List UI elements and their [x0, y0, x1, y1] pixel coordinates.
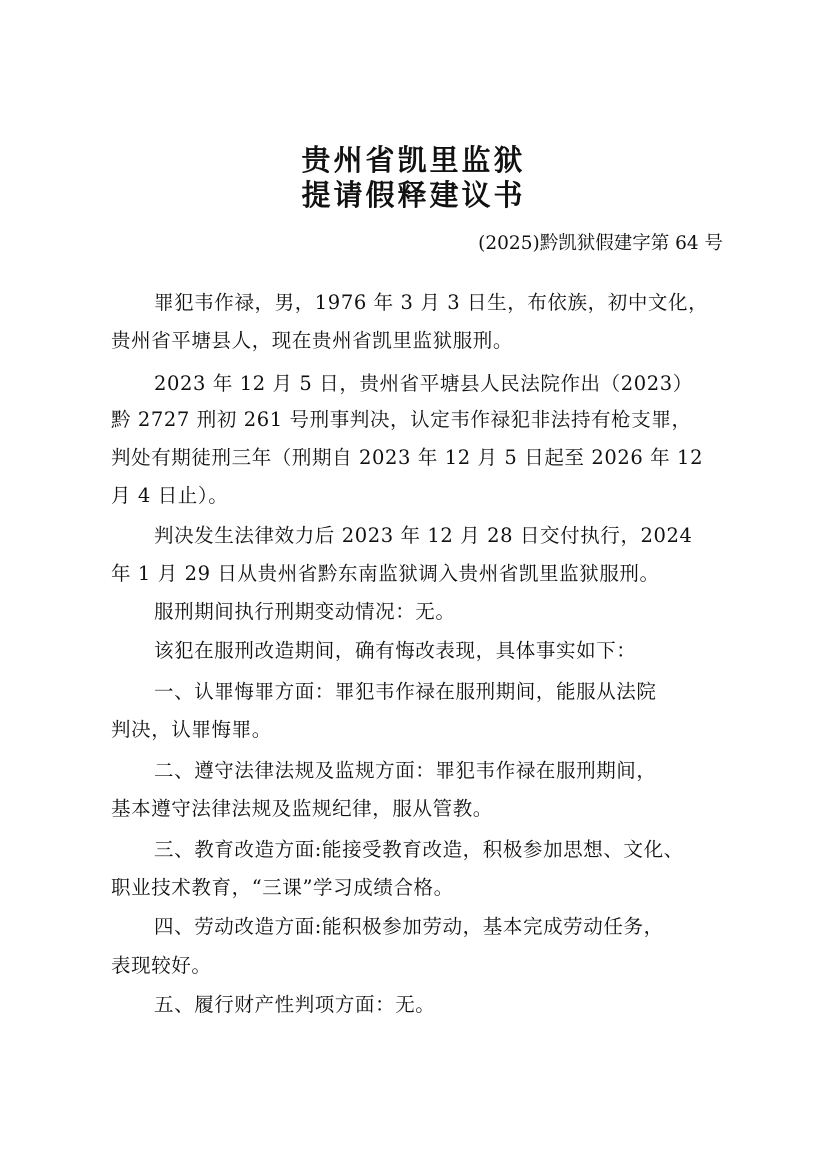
body-line: 表现较好。	[111, 953, 212, 979]
body-line: 年 1 月 29 日从贵州省黔东南监狱调入贵州省凯里监狱服刑。	[111, 561, 660, 587]
body-line: 月 4 日止）。	[111, 483, 228, 509]
body-line: 基本遵守法律法规及监规纪律，服从管教。	[111, 796, 493, 822]
body-line: 五、履行财产性判项方面：无。	[154, 992, 435, 1018]
body-line: 罪犯韦作禄，男，1976 年 3 月 3 日生，布依族，初中文化，	[154, 290, 708, 316]
body-line: 该犯在服刑改造期间，确有悔改表现，具体事实如下：	[154, 638, 636, 664]
body-line: 判决发生法律效力后 2023 年 12 月 28 日交付执行，2024	[154, 523, 693, 549]
document-number: (2025)黔凯狱假建字第 64 号	[478, 232, 723, 256]
body-line: 四、劳动改造方面:能积极参加劳动，基本完成劳动任务，	[154, 914, 664, 940]
body-line: 2023 年 12 月 5 日，贵州省平塘县人民法院作出（2023）	[154, 371, 693, 397]
body-line: 贵州省平塘县人，现在贵州省凯里监狱服刑。	[111, 328, 513, 354]
body-line: 职业技术教育，“三课”学习成绩合格。	[111, 875, 454, 901]
body-line: 三、教育改造方面:能接受教育改造，积极参加思想、文化、	[154, 837, 684, 863]
body-line: 二、遵守法律法规及监规方面：罪犯韦作禄在服刑期间，	[154, 758, 657, 784]
body-line: 服刑期间执行刑期变动情况：无。	[154, 599, 456, 625]
body-line: 判处有期徒刑三年（刑期自 2023 年 12 月 5 日起至 2026 年 12	[111, 445, 703, 471]
body-line: 判决，认罪悔罪。	[111, 717, 272, 743]
body-line: 一、认罪悔罪方面：罪犯韦作禄在服刑期间，能服从法院	[154, 679, 657, 705]
title-line-1: 贵州省凯里监狱	[0, 143, 827, 177]
title-line-2: 提请假释建议书	[0, 178, 827, 212]
body-line: 黔 2727 刑初 261 号刑事判决，认定韦作禄犯非法持有枪支罪，	[111, 407, 692, 433]
